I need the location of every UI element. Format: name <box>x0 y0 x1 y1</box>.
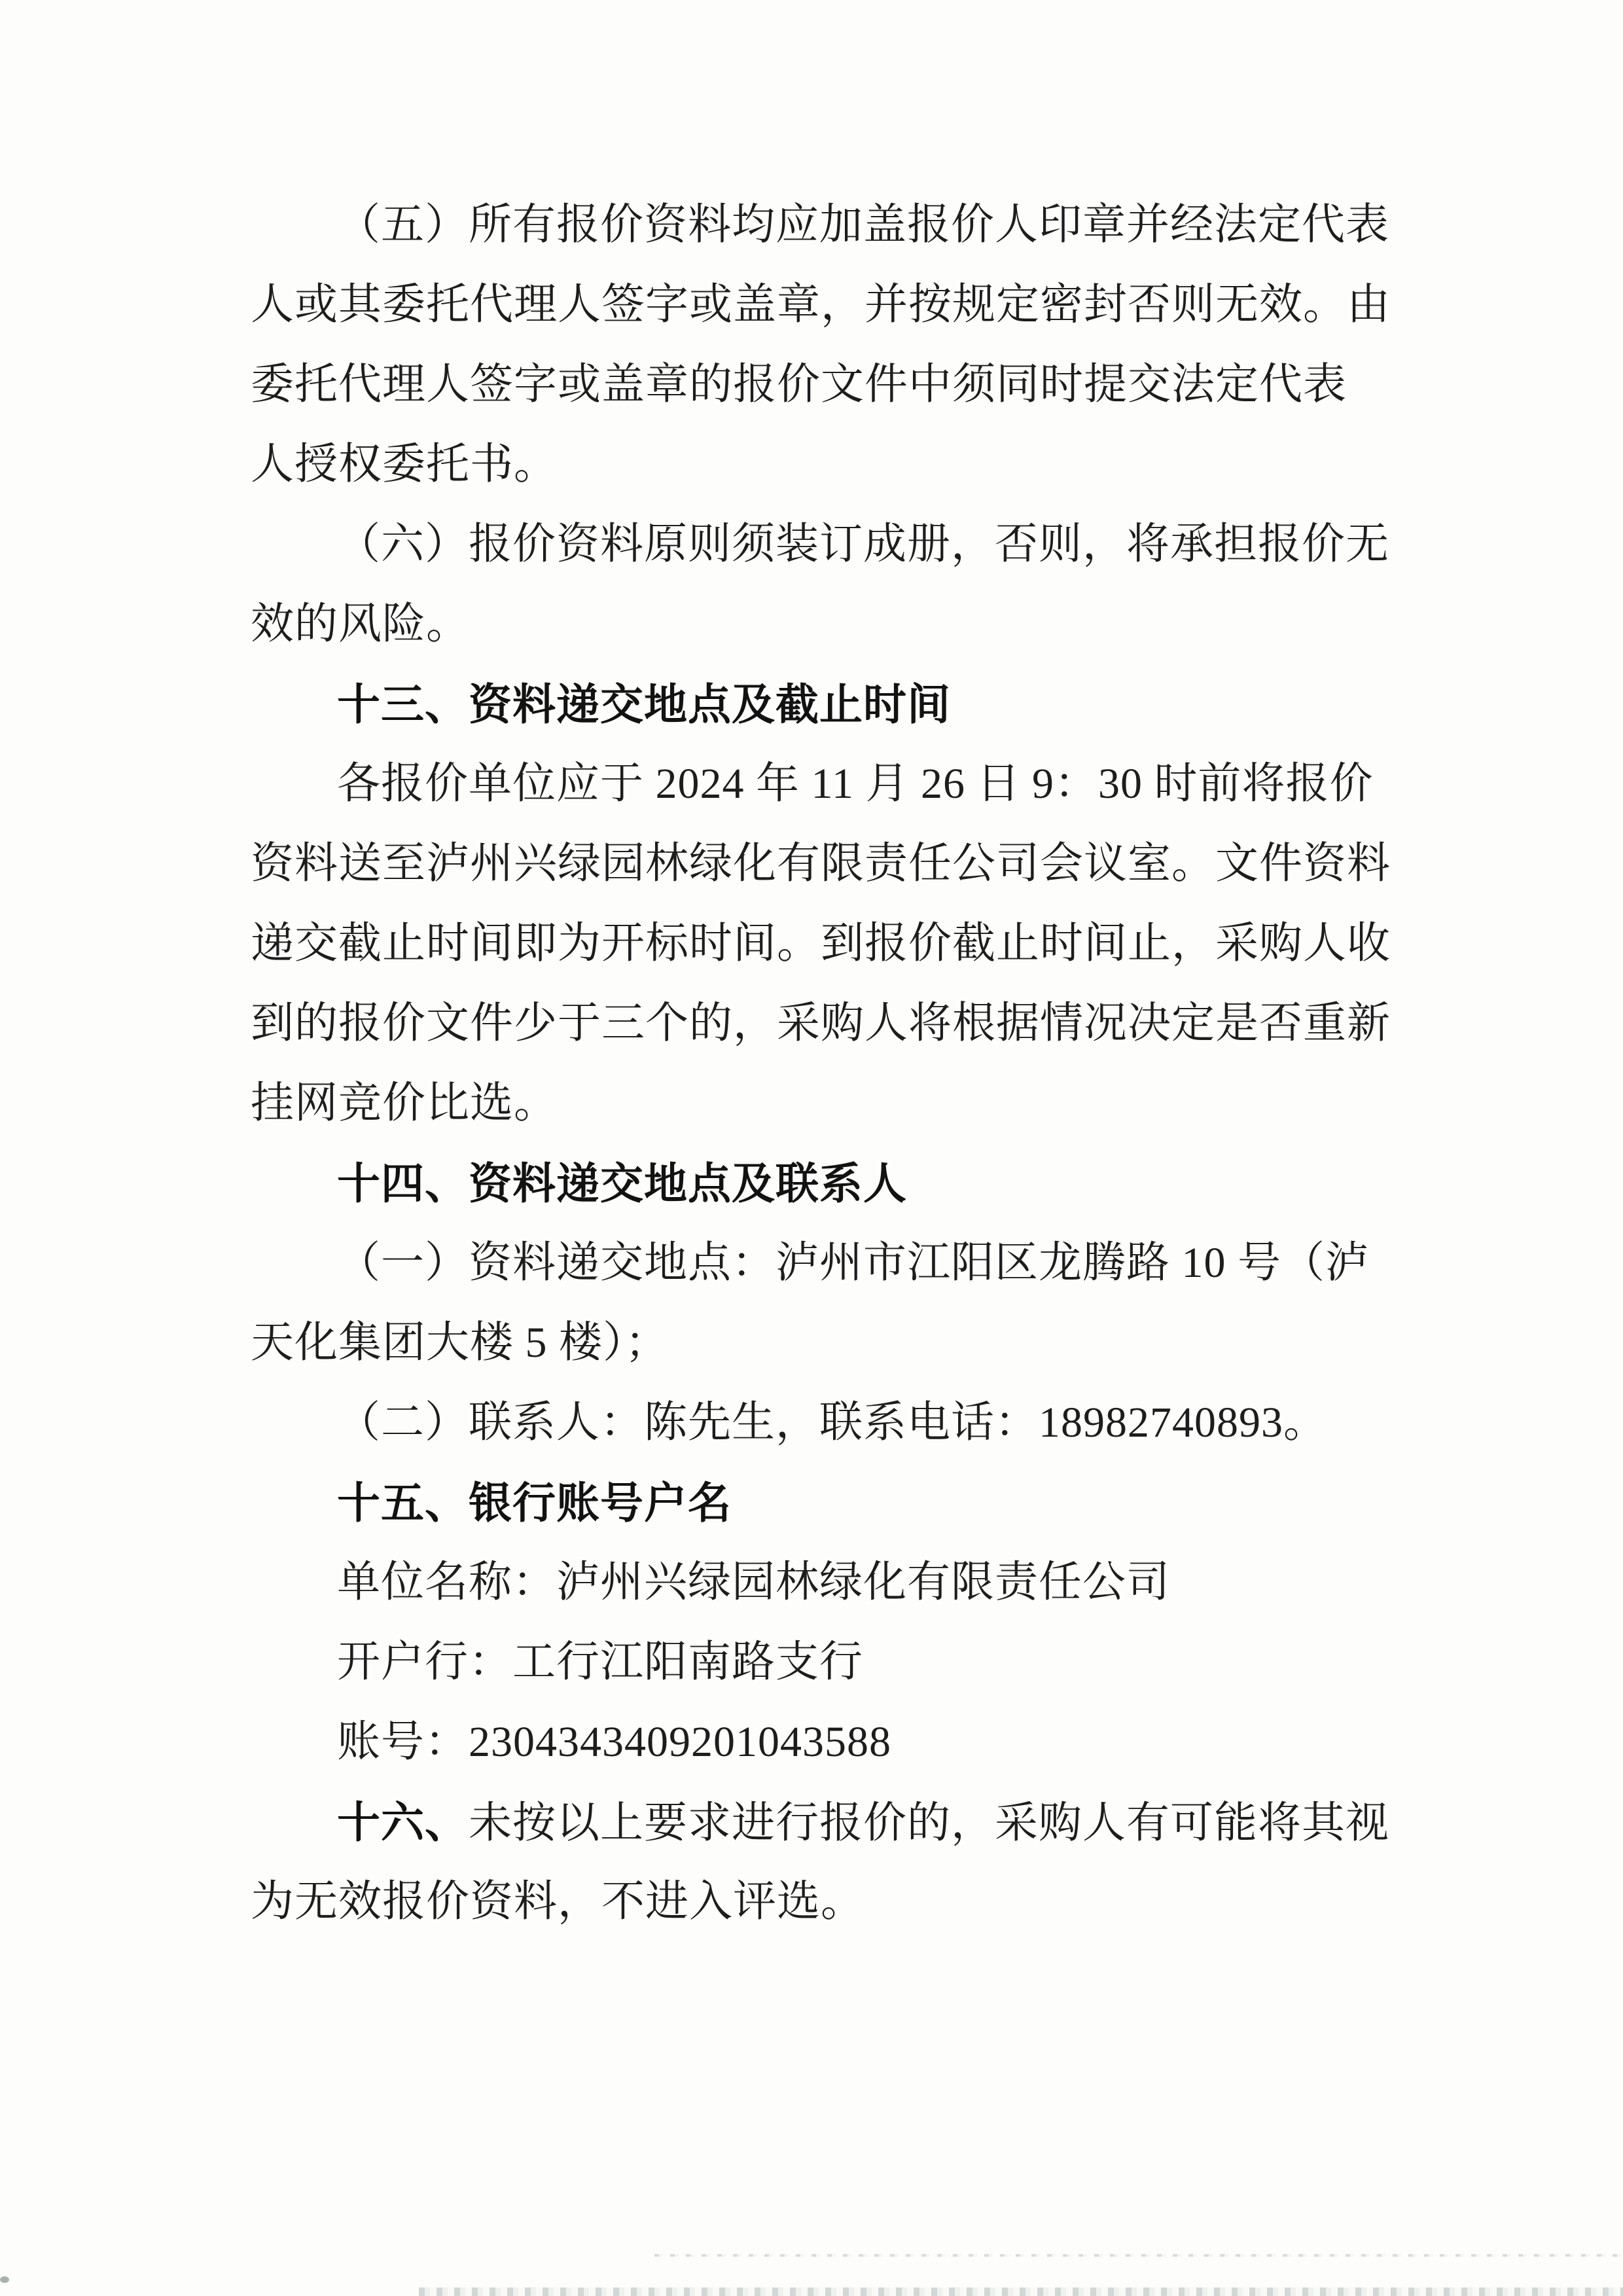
section-heading-16: 十六、 <box>337 1798 469 1846</box>
scan-artifact-band <box>419 2287 1623 2296</box>
bank-branch: 开户行：工行江阳南路支行 <box>251 1623 1402 1702</box>
section-16-line-1: 十六、未按以上要求进行报价的，采购人有可能将其视 <box>251 1782 1402 1862</box>
scan-artifact-speck <box>0 2276 9 2283</box>
sec13-line-3: 递交截止时间即为开标时间。到报价截止时间止，采购人收 <box>251 904 1402 984</box>
sec14-line-1: （一）资料递交地点：泸州市江阳区龙腾路 10 号（泸 <box>251 1223 1402 1303</box>
sec16-text: 未按以上要求进行报价的，采购人有可能将其视 <box>469 1799 1389 1847</box>
scan-artifact-line <box>654 2254 1623 2257</box>
sec13-line-2: 资料送至泸州兴绿园林绿化有限责任公司会议室。文件资料 <box>251 824 1402 904</box>
para-6-line-1: （六）报价资料原则须装订成册，否则，将承担报价无 <box>251 505 1402 584</box>
section-heading-14: 十四、资料递交地点及联系人 <box>251 1143 1402 1223</box>
bank-account-name: 单位名称：泸州兴绿园林绿化有限责任公司 <box>251 1543 1402 1623</box>
sec16-line-2: 为无效报价资料，不进入评选。 <box>251 1862 1402 1942</box>
sec13-line-1: 各报价单位应于 2024 年 11 月 26 日 9：30 时前将报价 <box>251 744 1402 824</box>
sec13-line-4: 到的报价文件少于三个的，采购人将根据情况决定是否重新 <box>251 984 1402 1064</box>
text-block: （五）所有报价资料均应加盖报价人印章并经法定代表 人或其委托代理人签字或盖章，并… <box>251 185 1402 1942</box>
sec13-line-5: 挂网竞价比选。 <box>251 1064 1402 1143</box>
para-5-line-2: 人或其委托代理人签字或盖章，并按规定密封否则无效。由 <box>251 265 1402 345</box>
para-5-line-3: 委托代理人签字或盖章的报价文件中须同时提交法定代表 <box>251 345 1402 425</box>
section-heading-13: 十三、资料递交地点及截止时间 <box>251 664 1402 744</box>
para-6-line-2: 效的风险。 <box>251 584 1402 664</box>
document-page: （五）所有报价资料均应加盖报价人印章并经法定代表 人或其委托代理人签字或盖章，并… <box>0 0 1623 2296</box>
sec14-line-3: （二）联系人：陈先生，联系电话：18982740893。 <box>251 1383 1402 1463</box>
sec14-line-2: 天化集团大楼 5 楼）； <box>251 1303 1402 1383</box>
section-heading-15: 十五、银行账号户名 <box>251 1463 1402 1543</box>
bank-account-number: 账号：2304343409201043588 <box>251 1702 1402 1782</box>
para-5-line-1: （五）所有报价资料均应加盖报价人印章并经法定代表 <box>251 185 1402 265</box>
para-5-line-4: 人授权委托书。 <box>251 425 1402 505</box>
